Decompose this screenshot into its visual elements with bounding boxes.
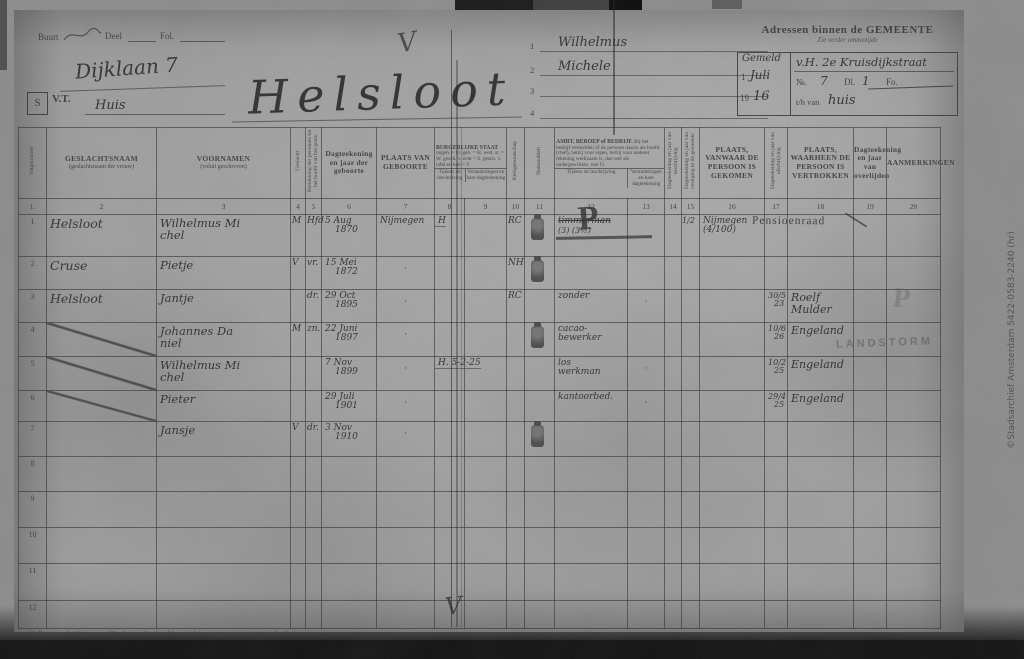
cell-r4-c2 <box>47 323 157 357</box>
cell-r12-c19 <box>854 601 887 629</box>
cell-r12-c6 <box>322 601 377 629</box>
cell-r12-c17 <box>765 601 788 629</box>
footnote: 1) Door aanduiding van wijk, dorp, gehuc… <box>30 629 300 638</box>
cell-r5-c6: 7 Nov1899 <box>322 357 377 391</box>
cell-r2-c14 <box>665 257 682 290</box>
cell-r6-c19 <box>854 391 887 422</box>
cell-r7-c10 <box>507 422 525 457</box>
cell-r4-c17: 10/626 <box>765 323 788 357</box>
cell-r9-c6 <box>322 492 377 528</box>
table-row: 2CrusePietjeVvr.15 Mei1872·NH <box>19 257 941 290</box>
column-number-6: 6 <box>322 199 377 215</box>
cell-r8-c10 <box>507 457 525 492</box>
cell-r12-c20 <box>887 601 941 629</box>
address-sub-handwritten: Huis <box>95 98 126 113</box>
cell-r9-c20 <box>887 492 941 528</box>
adressen-print-19: 19 <box>740 93 749 103</box>
name-line-2-text: Michele <box>558 59 611 74</box>
cell-r3-c19 <box>854 290 887 323</box>
scanned-register-page: Buurt Deel Fol. Dijklaan 7 S V.T. Huis H… <box>0 0 1024 659</box>
cell-r2-c20 <box>887 257 941 290</box>
table-row: 8 <box>19 457 941 492</box>
adressen-fo-label: Fo. <box>886 77 898 87</box>
cell-r10-c6 <box>322 528 377 564</box>
cell-r7-c12 <box>555 422 628 457</box>
column-number-20: 20 <box>887 199 941 215</box>
cell-r10-c8 <box>435 528 465 564</box>
cell-r2-c17 <box>765 257 788 290</box>
column-header-2: GESLACHTSNAAM(geslachtsnaam der vrouw) <box>47 128 157 199</box>
cell-r7-c11 <box>525 422 555 457</box>
cell-r2-c13 <box>628 257 665 290</box>
ditto-diagonal <box>47 391 156 421</box>
adressen-street-rule <box>794 71 954 72</box>
cell-r9-c18 <box>788 492 854 528</box>
cell-r6-c11 <box>525 391 555 422</box>
name-line-1-text: Wilhelmus <box>558 35 627 50</box>
adressen-subtitle: Zie verder ommezijde <box>737 36 958 44</box>
adressen-dl-label: Dl. <box>844 77 855 87</box>
cell-r7-c8 <box>435 422 465 457</box>
table-row: 11 <box>19 564 941 601</box>
cell-r5-c7: · <box>377 357 435 391</box>
cell-r11-c16 <box>700 564 765 601</box>
cell-r7-c2 <box>47 422 157 457</box>
revenue-stamp <box>531 260 544 282</box>
cell-r3-c18: RoelfMulder <box>788 290 854 323</box>
cell-r7-c17 <box>765 422 788 457</box>
cell-r2-c6: 15 Mei1872 <box>322 257 377 290</box>
cell-r4-c16 <box>700 323 765 357</box>
cell-r1-c18 <box>788 215 854 257</box>
cell-r8-c9 <box>465 457 507 492</box>
cell-r2-c16 <box>700 257 765 290</box>
cell-r5-c12: loswerkman <box>555 357 628 391</box>
cell-r11-c7 <box>377 564 435 601</box>
cell-r4-c15 <box>682 323 700 357</box>
adressen-date-hw-mid: Juli <box>750 68 770 82</box>
buurt-squiggle <box>62 26 102 44</box>
family-surname-large: Helsloot <box>247 61 515 124</box>
cell-r6-c8 <box>435 391 465 422</box>
cell-r11-c13 <box>628 564 665 601</box>
ditto-diagonal <box>47 357 156 390</box>
cell-r2-c9 <box>465 257 507 290</box>
cell-r4-c14 <box>665 323 682 357</box>
cell-r4-c1: 4 <box>19 323 47 357</box>
table-row: 7JansjeVdr.3 Nov1910· <box>19 422 941 457</box>
cell-r4-c3: Johannes Daniel <box>157 323 291 357</box>
cell-r4-c8 <box>435 323 465 357</box>
cell-r9-c10 <box>507 492 525 528</box>
cell-r7-c20 <box>887 422 941 457</box>
cell-r8-c12 <box>555 457 628 492</box>
cell-r2-c12 <box>555 257 628 290</box>
cell-r9-c12 <box>555 492 628 528</box>
column-group-ambt: AMBT, BEROEP of BEDRIJF. Bij het bedrijf… <box>555 128 665 199</box>
cell-r4-c13 <box>628 323 665 357</box>
column-number-16: 16 <box>700 199 765 215</box>
table-row: 9 <box>19 492 941 528</box>
cell-r6-c10 <box>507 391 525 422</box>
adressen-th-label: t/h van <box>796 97 819 107</box>
cell-r2-c5: vr. <box>306 257 322 290</box>
cell-r11-c17 <box>765 564 788 601</box>
cell-r2-c3: Pietje <box>157 257 291 290</box>
cell-r5-c17: 10/225 <box>765 357 788 391</box>
cell-r6-c14 <box>665 391 682 422</box>
column-number-3: 3 <box>157 199 291 215</box>
cell-r3-c7: · <box>377 290 435 323</box>
cell-r5-c13: · <box>628 357 665 391</box>
column-number-17: 17 <box>765 199 788 215</box>
cell-r10-c19 <box>854 528 887 564</box>
cell-r6-c4 <box>291 391 306 422</box>
cell-r11-c5 <box>306 564 322 601</box>
cell-r3-c6: 29 Oct1895 <box>322 290 377 323</box>
revenue-stamp <box>531 218 544 240</box>
cell-r6-c18: Engeland <box>788 391 854 422</box>
cell-r7-c19 <box>854 422 887 457</box>
adressen-fo-dash <box>868 86 953 90</box>
ditto-diagonal <box>47 323 156 356</box>
artifact-line-4 <box>613 0 615 135</box>
revenue-stamp <box>531 326 544 348</box>
column-number-7: 7 <box>377 199 435 215</box>
buurt-label: Buurt <box>38 32 59 42</box>
register-table-wrap: VolgnummerGESLACHTSNAAM(geslachtsnaam de… <box>18 127 940 627</box>
cell-r6-c2 <box>47 391 157 422</box>
cell-r12-c16 <box>700 601 765 629</box>
cell-r12-c3 <box>157 601 291 629</box>
cell-r9-c17 <box>765 492 788 528</box>
cell-r10-c11 <box>525 528 555 564</box>
artifact-line-3 <box>461 127 462 627</box>
deel-label: Deel <box>105 31 122 41</box>
adressen-date-hw-top: Gemeld <box>742 53 781 64</box>
cell-r12-c12 <box>555 601 628 629</box>
cell-r10-c15 <box>682 528 700 564</box>
artifact-line-1 <box>451 30 452 627</box>
cell-r2-c8 <box>435 257 465 290</box>
column-number-12: 12 <box>555 199 628 215</box>
cell-r3-c14 <box>665 290 682 323</box>
cell-r5-c10 <box>507 357 525 391</box>
cell-r11-c19 <box>854 564 887 601</box>
cell-r11-c10 <box>507 564 525 601</box>
cell-r12-c4 <box>291 601 306 629</box>
cell-r11-c12 <box>555 564 628 601</box>
cell-r1-c16: Nijmegen(4/100) <box>700 215 765 257</box>
cell-r3-c2: Helsloot <box>47 290 157 323</box>
adressen-no-label: №. <box>796 77 807 87</box>
cell-r11-c9 <box>465 564 507 601</box>
name-line-4-number: 4 <box>530 108 534 118</box>
column-number-14: 14 <box>665 199 682 215</box>
cell-r1-c10: RC <box>507 215 525 257</box>
cell-r12-c9 <box>465 601 507 629</box>
cell-r9-c14 <box>665 492 682 528</box>
column-number-5: 5 <box>306 199 322 215</box>
cell-r2-c18 <box>788 257 854 290</box>
cell-r10-c10 <box>507 528 525 564</box>
cell-r3-c5: dr. <box>306 290 322 323</box>
cell-r3-c9 <box>465 290 507 323</box>
cell-r8-c4 <box>291 457 306 492</box>
cell-r6-c7: · <box>377 391 435 422</box>
table-row: 6Pieter29 Juli1901·kantoorbed.·29/425Eng… <box>19 391 941 422</box>
cell-r11-c15 <box>682 564 700 601</box>
cell-r3-c13: · <box>628 290 665 323</box>
cell-r6-c6: 29 Juli1901 <box>322 391 377 422</box>
cell-r3-c20 <box>887 290 941 323</box>
cell-r7-c9 <box>465 422 507 457</box>
column-header-14: Dagteekening en jaar van inschrijving <box>665 128 682 199</box>
cell-r8-c13 <box>628 457 665 492</box>
column-header-7: PLAATS VAN GEBOORTE <box>377 128 435 199</box>
cell-r6-c3: Pieter <box>157 391 291 422</box>
cell-r1-c13 <box>628 215 665 257</box>
table-row: 5Wilhelmus Michel7 Nov1899·H. 5-2-25losw… <box>19 357 941 391</box>
artifact-line-2 <box>456 60 458 627</box>
column-header-1: Volgnummer <box>19 128 47 199</box>
cell-r8-c19 <box>854 457 887 492</box>
column-number-18: 18 <box>788 199 854 215</box>
cell-r10-c3 <box>157 528 291 564</box>
cell-r5-c20 <box>887 357 941 391</box>
cell-r3-c12: zonder <box>555 290 628 323</box>
cell-r4-c18: Engeland <box>788 323 854 357</box>
cell-r11-c1: 11 <box>19 564 47 601</box>
cell-r8-c6 <box>322 457 377 492</box>
column-number-19: 19 <box>854 199 887 215</box>
column-number-2: 2 <box>47 199 157 215</box>
cell-r12-c18 <box>788 601 854 629</box>
cell-r5-c5 <box>306 357 322 391</box>
table-row: 3HelslootJantjedr.29 Oct1895·RCzonder·30… <box>19 290 941 323</box>
cell-r5-c11 <box>525 357 555 391</box>
cell-r10-c16 <box>700 528 765 564</box>
cell-r9-c9 <box>465 492 507 528</box>
cell-r9-c1: 9 <box>19 492 47 528</box>
cell-r8-c14 <box>665 457 682 492</box>
adressen-date-hw-bot: 16 <box>753 89 770 104</box>
cell-r9-c15 <box>682 492 700 528</box>
deel-rule <box>128 41 156 42</box>
cell-r7-c15 <box>682 422 700 457</box>
cell-r3-c16 <box>700 290 765 323</box>
column-header-5: Betrekking der personen tot het hoofd va… <box>306 128 322 199</box>
cell-r8-c1: 8 <box>19 457 47 492</box>
cell-r5-c14 <box>665 357 682 391</box>
cell-r10-c2 <box>47 528 157 564</box>
cell-r1-c17 <box>765 215 788 257</box>
cell-r1-c6: 5 Aug1870 <box>322 215 377 257</box>
cell-r7-c7: · <box>377 422 435 457</box>
cell-r4-c5: zn. <box>306 323 322 357</box>
fol-label: Fol. <box>160 31 174 41</box>
column-header-10: Kerkgenootschap <box>507 128 525 199</box>
cell-r4-c20 <box>887 323 941 357</box>
column-number-4: 4 <box>291 199 306 215</box>
name-line-3-number: 3 <box>530 86 534 96</box>
adressen-date-cell: Gemeld 1 Juli 19 16 <box>738 53 791 115</box>
scan-edge-bottom <box>0 640 1024 659</box>
adressen-th-value: huis <box>828 93 856 108</box>
cell-r5-c18: Engeland <box>788 357 854 391</box>
cell-r6-c17: 29/425 <box>765 391 788 422</box>
register-table: VolgnummerGESLACHTSNAAM(geslachtsnaam de… <box>18 127 941 629</box>
column-number-9: 9 <box>465 199 507 215</box>
cell-r4-c12: cacao-bewerker <box>555 323 628 357</box>
cell-r6-c5 <box>306 391 322 422</box>
cell-r12-c14 <box>665 601 682 629</box>
cell-r2-c19 <box>854 257 887 290</box>
column-header-15: Dagteekening en jaar van vestiging in de… <box>682 128 700 199</box>
cell-r9-c11 <box>525 492 555 528</box>
cell-r8-c2 <box>47 457 157 492</box>
scan-edge-left <box>0 0 7 70</box>
cell-r7-c4: V <box>291 422 306 457</box>
cell-r1-c20 <box>887 215 941 257</box>
cell-r3-c11 <box>525 290 555 323</box>
cell-r9-c19 <box>854 492 887 528</box>
vt-label: V.T. <box>52 93 71 105</box>
cell-r4-c19 <box>854 323 887 357</box>
adressen-street-hw: v.H. 2e Kruisdijkstraat <box>796 55 927 69</box>
column-header-16: PLAATS, VANWAAR DE PERSOON IS GEKOMEN <box>700 128 765 199</box>
cell-r12-c10 <box>507 601 525 629</box>
cell-r11-c11 <box>525 564 555 601</box>
cell-r12-c7 <box>377 601 435 629</box>
cell-r7-c3: Jansje <box>157 422 291 457</box>
cell-r5-c2 <box>47 357 157 391</box>
table-row: 12 <box>19 601 941 629</box>
adressen-dl-value: 1 <box>862 74 870 88</box>
cell-r8-c11 <box>525 457 555 492</box>
cell-r4-c11 <box>525 323 555 357</box>
stamp-box-letter: S <box>34 97 40 109</box>
column-group-bs: BURGERLIJKE STAAT ongeh. = O. geh. = H. … <box>435 128 507 199</box>
cell-r2-c10: NH <box>507 257 525 290</box>
cell-r4-c9 <box>465 323 507 357</box>
cell-r9-c5 <box>306 492 322 528</box>
cell-r2-c15 <box>682 257 700 290</box>
cell-r1-c2: Helsloot <box>47 215 157 257</box>
cell-r2-c7: · <box>377 257 435 290</box>
column-header-11: Nationaliteit <box>525 128 555 199</box>
cell-r1-c1: 1 <box>19 215 47 257</box>
cell-r1-c3: Wilhelmus Michel <box>157 215 291 257</box>
column-number-15: 15 <box>682 199 700 215</box>
cell-r12-c11 <box>525 601 555 629</box>
cell-r9-c13 <box>628 492 665 528</box>
archive-watermark-text: ©Stadsarchief Amsterdam 5422-0583-2240 (… <box>1007 231 1017 448</box>
column-number-13: 13 <box>628 199 665 215</box>
cell-r6-c16 <box>700 391 765 422</box>
cell-r10-c20 <box>887 528 941 564</box>
cell-r10-c1: 10 <box>19 528 47 564</box>
cell-r11-c4 <box>291 564 306 601</box>
column-number-8: 8 <box>435 199 465 215</box>
cell-r10-c18 <box>788 528 854 564</box>
table-header: VolgnummerGESLACHTSNAAM(geslachtsnaam de… <box>19 128 941 215</box>
cell-r1-c15: 1/2 <box>682 215 700 257</box>
column-header-3: VOORNAMEN(voluit geschreven) <box>157 128 291 199</box>
cell-r7-c14 <box>665 422 682 457</box>
cell-r5-c16 <box>700 357 765 391</box>
revenue-stamp <box>531 425 544 447</box>
cell-r2-c11 <box>525 257 555 290</box>
cell-r3-c3: Jantje <box>157 290 291 323</box>
cell-r9-c16 <box>700 492 765 528</box>
cell-r3-c17: 30/523 <box>765 290 788 323</box>
table-body: 1HelslootWilhelmus MichelMHfd5 Aug1870Ni… <box>19 215 941 629</box>
table-row: 4Johannes DanielMzn.22 Juni1897·cacao-be… <box>19 323 941 357</box>
cell-r9-c4 <box>291 492 306 528</box>
cell-r12-c15 <box>682 601 700 629</box>
cell-r11-c3 <box>157 564 291 601</box>
column-header-19: Dagteekening en jaar van overlijden <box>854 128 887 199</box>
name-line-3: 3 <box>540 74 768 97</box>
cell-r7-c13 <box>628 422 665 457</box>
cell-r2-c1: 2 <box>19 257 47 290</box>
name-line-2: 2 Michele <box>540 53 768 76</box>
cell-r4-c10 <box>507 323 525 357</box>
cell-r10-c5 <box>306 528 322 564</box>
cell-r10-c9 <box>465 528 507 564</box>
stamp-box: S <box>27 92 48 115</box>
cell-r8-c5 <box>306 457 322 492</box>
cell-r7-c6: 3 Nov1910 <box>322 422 377 457</box>
cell-r12-c2 <box>47 601 157 629</box>
cell-r4-c4: M <box>291 323 306 357</box>
name-line-1-number: 1 <box>530 41 534 51</box>
column-header-18: PLAATS, WAARHEEN DE PERSOON IS VERTROKKE… <box>788 128 854 199</box>
name-line-2-number: 2 <box>530 65 534 75</box>
cell-r3-c10: RC <box>507 290 525 323</box>
table-row: 10 <box>19 528 941 564</box>
cell-r10-c7 <box>377 528 435 564</box>
cell-r5-c4 <box>291 357 306 391</box>
adressen-no-value: 7 <box>820 74 828 88</box>
column-number-10: 10 <box>507 199 525 215</box>
address-sub-rule <box>85 114 225 115</box>
cell-r1-c11 <box>525 215 555 257</box>
cell-r9-c7 <box>377 492 435 528</box>
cell-r6-c1: 6 <box>19 391 47 422</box>
adressen-print-1: 1 <box>741 72 746 82</box>
cell-r5-c8: H. 5-2-25 <box>435 357 465 391</box>
cell-r3-c4 <box>291 290 306 323</box>
cell-r3-c15 <box>682 290 700 323</box>
cell-r2-c4: V <box>291 257 306 290</box>
cell-r10-c4 <box>291 528 306 564</box>
cell-r4-c6: 22 Juni1897 <box>322 323 377 357</box>
column-header-6: Dagteekening en jaar der geboorte <box>322 128 377 199</box>
cell-r11-c20 <box>887 564 941 601</box>
cell-r8-c15 <box>682 457 700 492</box>
cell-r1-c8: H <box>435 215 465 257</box>
cell-r7-c16 <box>700 422 765 457</box>
cell-r11-c14 <box>665 564 682 601</box>
adressen-inner-box: Gemeld 1 Juli 19 16 v.H. 2e Kruisdijkstr… <box>737 52 958 116</box>
cell-r5-c1: 5 <box>19 357 47 391</box>
cell-r5-c19 <box>854 357 887 391</box>
cell-r1-c14 <box>665 215 682 257</box>
cell-r3-c8 <box>435 290 465 323</box>
cell-r8-c7 <box>377 457 435 492</box>
